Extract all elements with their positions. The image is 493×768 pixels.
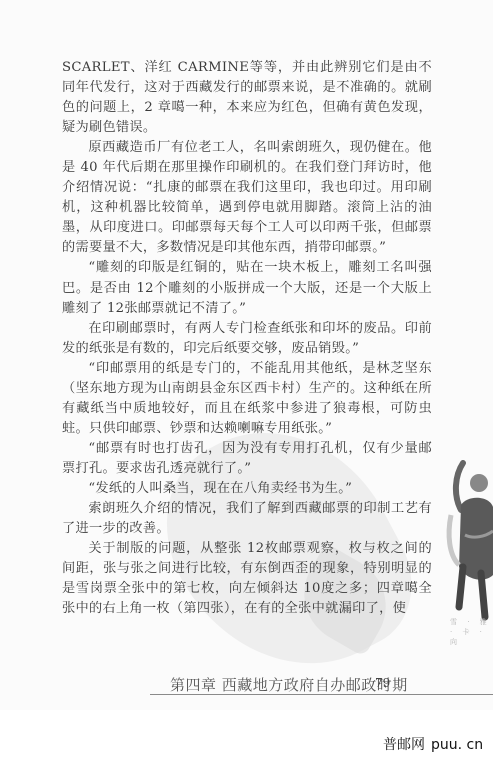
paragraph: 关于制版的问题，从整张 12枚邮票观察，枚与枚之间的间距，张与张之间进行比较，有… (62, 539, 432, 619)
paragraph: “发纸的人叫桑当，现在在八角卖经书为生。” (62, 479, 432, 499)
paragraph: 索朗班久介绍的情况，我们了解到西藏邮票的印制工艺有了进一步的改善。 (62, 499, 432, 539)
paragraph: “雕刻的印版是红铜的，贴在一块木板上，雕刻工名叫强巴。是否由 12个雕刻的小版拼… (62, 258, 432, 318)
paragraph: “邮票有时也打齿孔，因为没有专用打孔机，仅有少量邮票打孔。要求齿孔透亮就行了。” (62, 439, 432, 479)
chapter-title: 第四章 西藏地方政府自办邮政时期 (170, 674, 408, 695)
paragraph: “印邮票用的纸是专门的，不能乱用其他纸，是林芝坚东（坚东地方现为山南朗县金东区西… (62, 359, 432, 439)
tibetan-dancer-illustration (445, 455, 493, 625)
running-footer: 第四章 西藏地方政府自办邮政时期 79 (150, 672, 493, 695)
body-text: SCARLET、洋红 CARMINE等等，并由此辨别它们是由不同年代发行，这对于… (62, 58, 432, 619)
site-watermark: 普邮网puu. cn (383, 734, 483, 754)
paragraph: 在印刷邮票时，有两人专门检查纸张和印坏的废品。印前发的纸张是有数的，印完后纸要交… (62, 319, 432, 359)
paragraph: SCARLET、洋红 CARMINE等等，并由此辨别它们是由不同年代发行，这对于… (62, 58, 432, 138)
book-page: 雪 · 雅 · 卡 · 向 SCARLET、洋红 CARMINE等等，并由此辨别… (0, 0, 493, 710)
page-number: 79 (375, 676, 390, 690)
site-domain: puu. cn (431, 737, 483, 753)
site-name: 普邮网 (383, 737, 425, 753)
illustration-caption: 雪 · 雅 · 卡 · 向 (450, 617, 493, 647)
paragraph: 原西藏造币厂有位老工人，名叫索朗班久，现仍健在。他是 40 年代后期在那里操作印… (62, 138, 432, 258)
